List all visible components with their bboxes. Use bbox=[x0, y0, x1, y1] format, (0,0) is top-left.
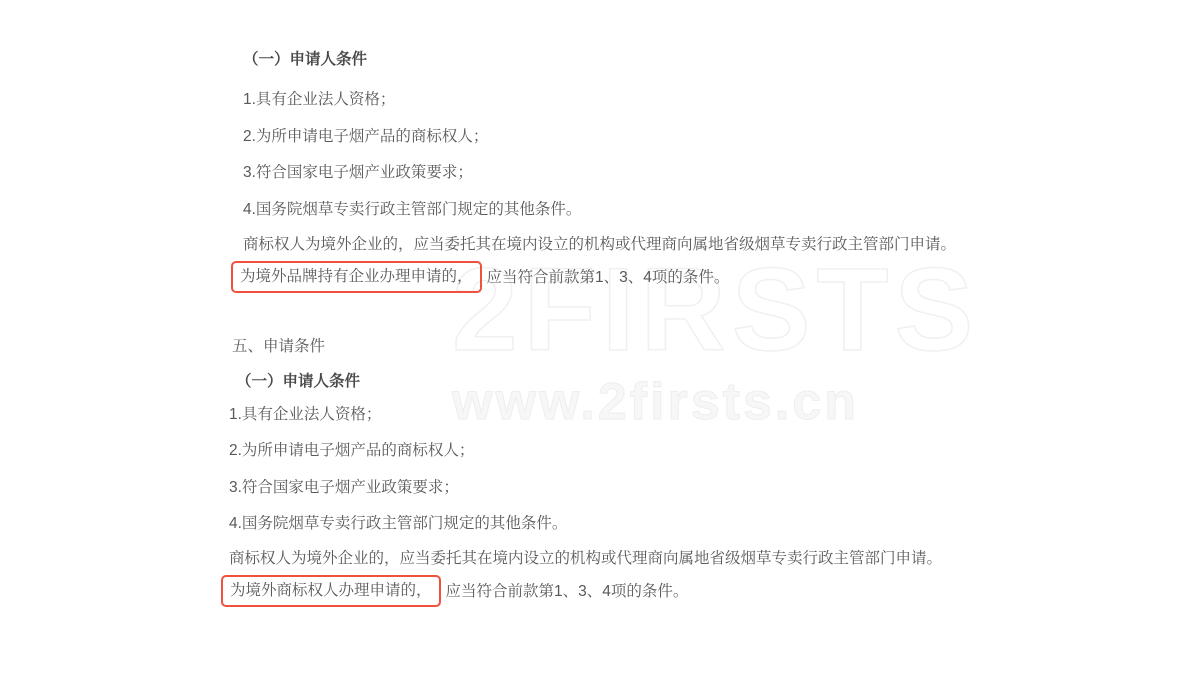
top-list-item-1: 1.具有企业法人资格； bbox=[243, 90, 395, 109]
document-page: 2FIRSTS www.2firsts.cn （一）申请人条件 1.具有企业法人… bbox=[0, 0, 1200, 675]
red-annotation-box: 为境外品牌持有企业办理申请的， bbox=[231, 261, 482, 293]
bottom-list-item-3: 3.符合国家电子烟产业政策要求； bbox=[229, 478, 459, 497]
red-annotation-box: 为境外商标权人办理申请的， bbox=[221, 575, 441, 607]
bottom-list-item-1: 1.具有企业法人资格； bbox=[229, 405, 381, 424]
top-subheading: （一）申请人条件 bbox=[243, 50, 367, 69]
bottom-highlight-line: 为境外商标权人办理申请的， 应当符合前款第1、3、4项的条件。 bbox=[221, 575, 688, 607]
top-highlight-line: 为境外品牌持有企业办理申请的， 应当符合前款第1、3、4项的条件。 bbox=[231, 261, 729, 293]
bottom-list-item-2: 2.为所申请电子烟产品的商标权人； bbox=[229, 441, 474, 460]
top-list-item-3: 3.符合国家电子烟产业政策要求； bbox=[243, 163, 473, 182]
bottom-paragraph: 商标权人为境外企业的，应当委托其在境内设立的机构或代理商向属地省级烟草专卖行政主… bbox=[229, 549, 942, 568]
bottom-heading: 五、申请条件 bbox=[232, 337, 325, 356]
bottom-list-item-4: 4.国务院烟草专卖行政主管部门规定的其他条件。 bbox=[229, 514, 567, 533]
watermark: 2FIRSTS www.2firsts.cn bbox=[0, 0, 1200, 675]
top-highlight-rest: 应当符合前款第1、3、4项的条件。 bbox=[487, 268, 730, 287]
watermark-url: www.2firsts.cn bbox=[452, 372, 859, 432]
bottom-subheading: （一）申请人条件 bbox=[236, 372, 360, 391]
bottom-highlight-rest: 应当符合前款第1、3、4项的条件。 bbox=[446, 582, 689, 601]
top-list-item-4: 4.国务院烟草专卖行政主管部门规定的其他条件。 bbox=[243, 200, 581, 219]
top-paragraph: 商标权人为境外企业的，应当委托其在境内设立的机构或代理商向属地省级烟草专卖行政主… bbox=[243, 235, 956, 254]
top-list-item-2: 2.为所申请电子烟产品的商标权人； bbox=[243, 127, 488, 146]
